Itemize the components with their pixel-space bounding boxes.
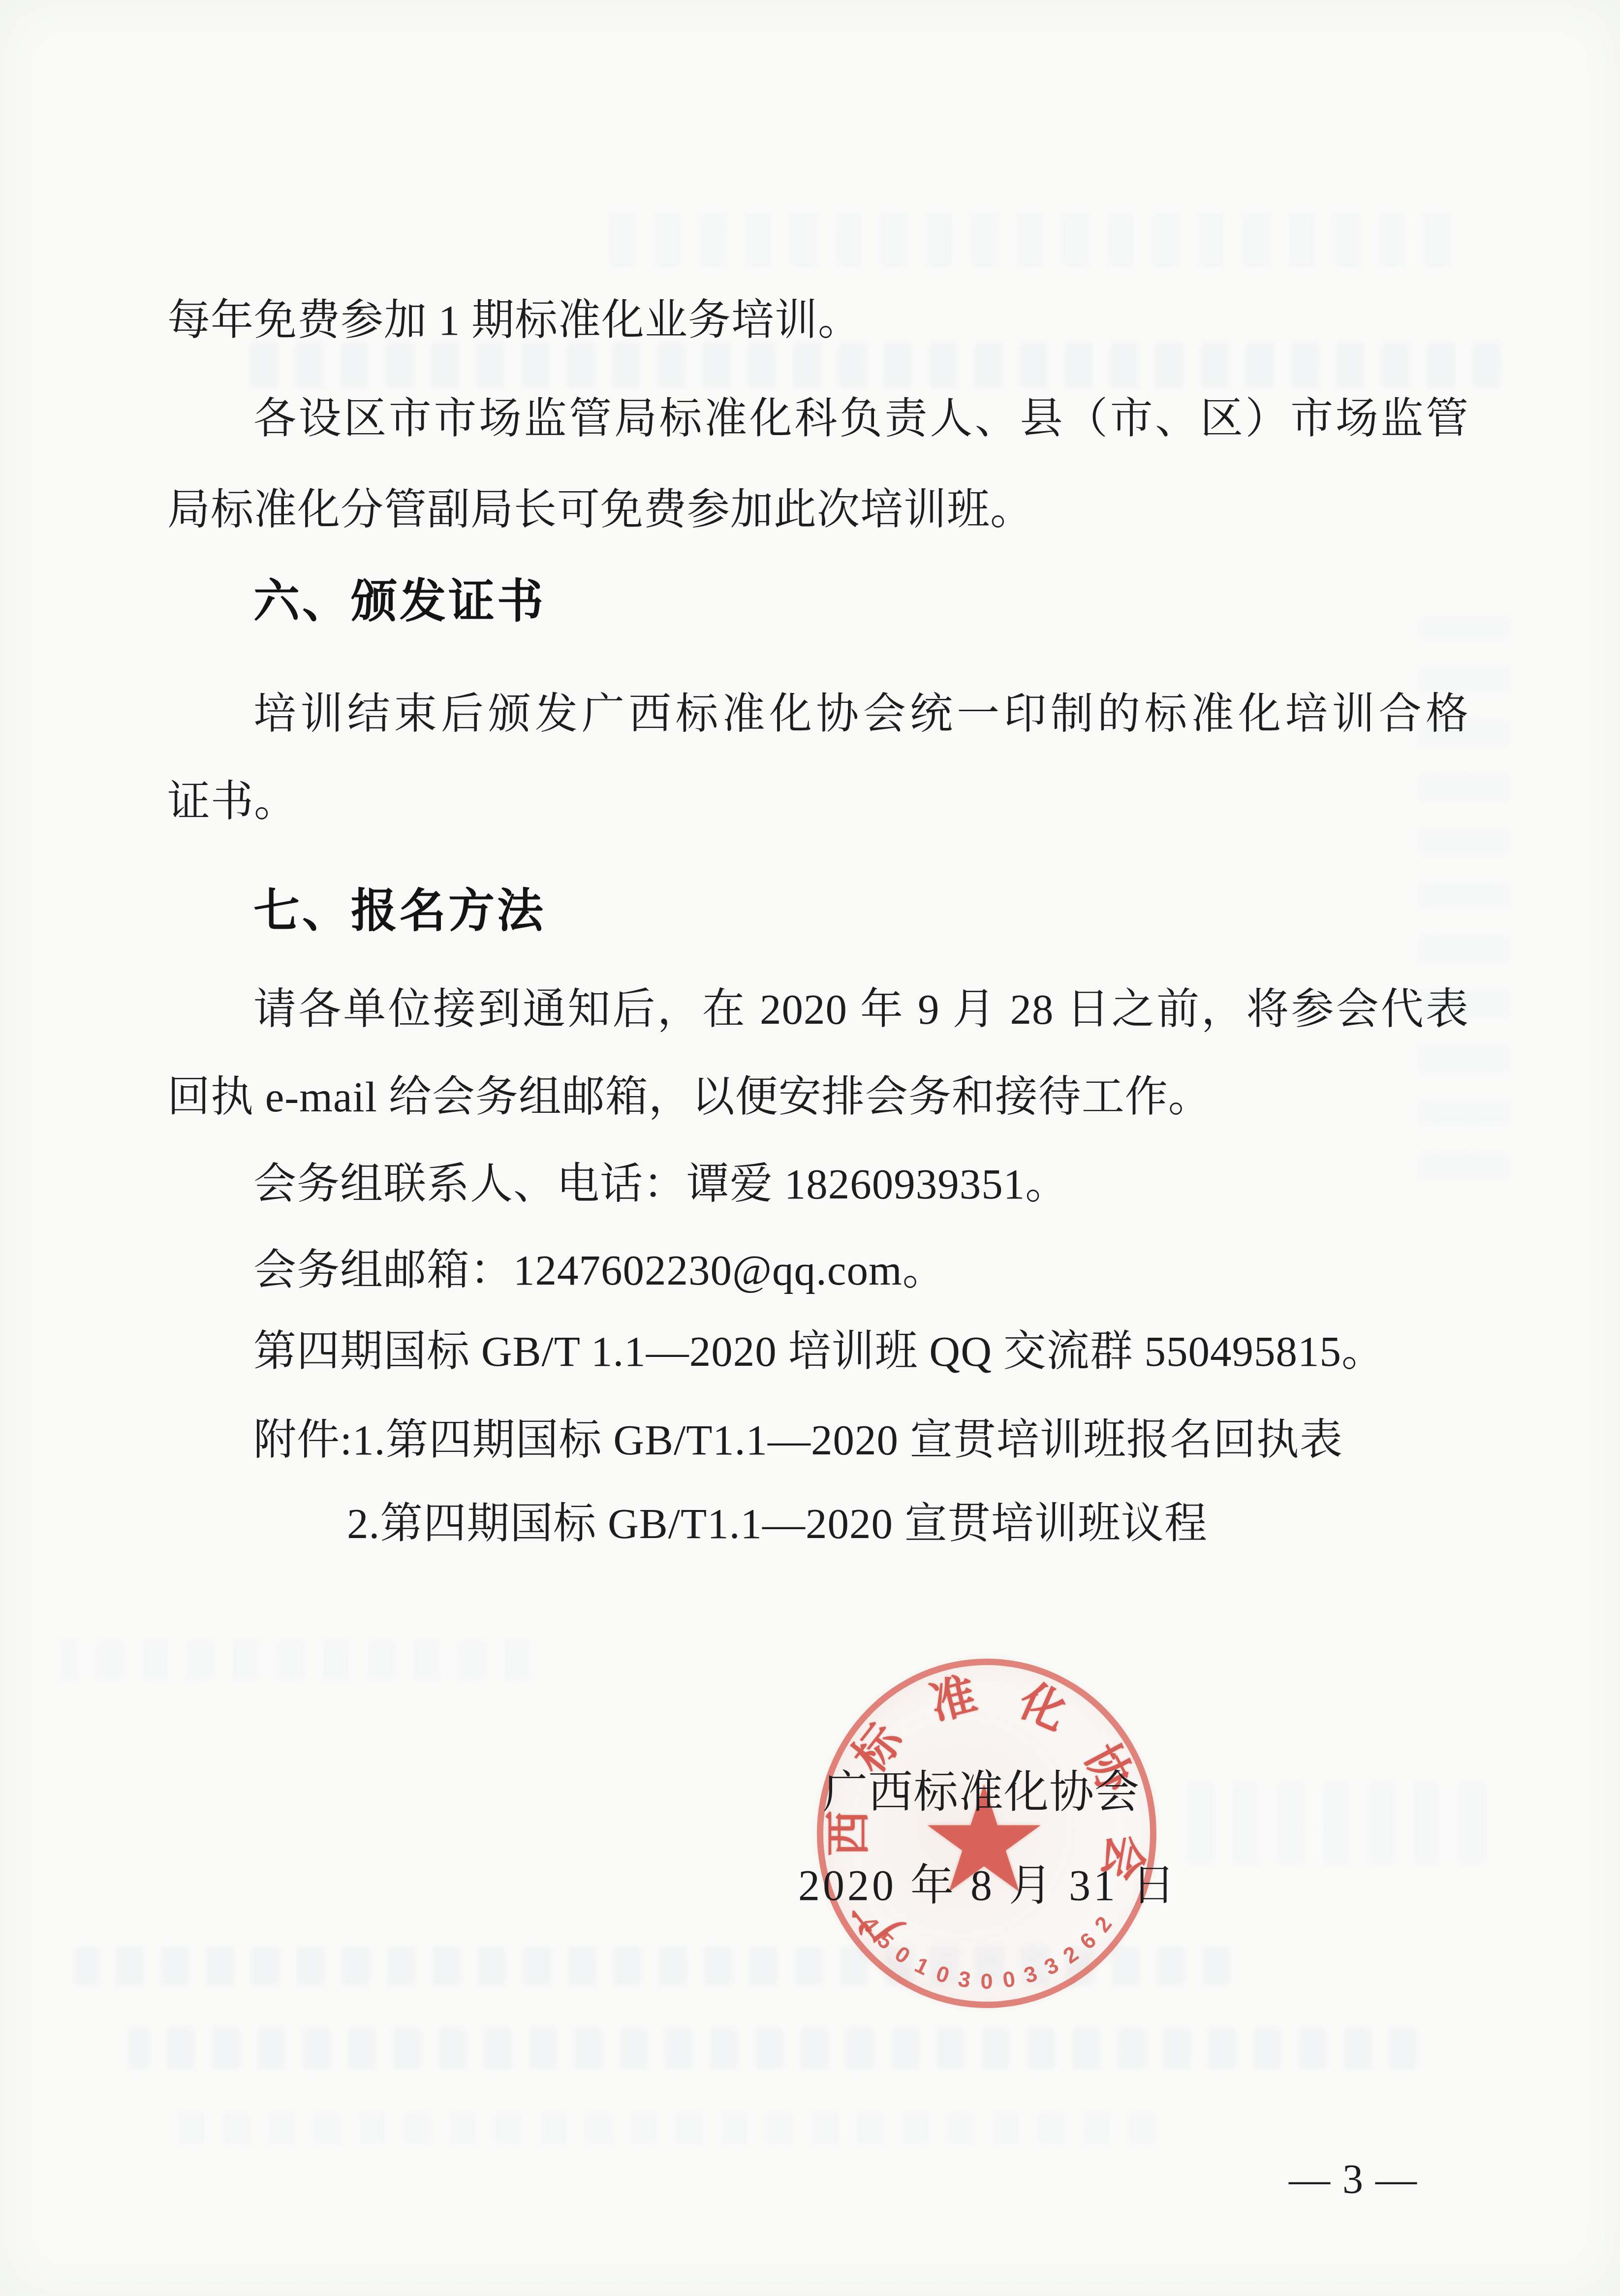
body-line: 证书。 bbox=[167, 777, 297, 827]
body-line: 回执 e-mail 给会务组邮箱，以便安排会务和接待工作。 bbox=[167, 1072, 1212, 1123]
body-line: 会务组邮箱：1247602230@qq.com。 bbox=[253, 1245, 946, 1296]
body-line: 培训结束后颁发广西标准化协会统一印制的标准化培训合格 bbox=[253, 689, 1469, 740]
bleed-through-smudge bbox=[172, 2111, 1156, 2146]
scanned-document-page: 每年免费参加 1 期标准化业务培训。 各设区市市场监管局标准化科负责人、县（市、… bbox=[0, 0, 1620, 2296]
section-heading-7: 七、报名方法 bbox=[253, 884, 546, 939]
body-line: 各设区市市场监管局标准化科负责人、县（市、区）市场监管 bbox=[253, 394, 1469, 444]
bleed-through-smudge bbox=[246, 342, 1501, 389]
signature-organization: 广西标准化协会 bbox=[823, 1756, 1140, 1821]
section-heading-6: 六、颁发证书 bbox=[253, 575, 546, 629]
body-line: 局标准化分管副局长可免费参加此次培训班。 bbox=[167, 485, 1033, 535]
attachment-line-1: 附件:1.第四期国标 GB/T1.1—2020 宣贯培训班报名回执表 bbox=[253, 1415, 1343, 1466]
seal-number-digit: 0 bbox=[980, 1970, 993, 1992]
signature-date: 2020 年 8 月 31 日 bbox=[798, 1851, 1178, 1913]
body-line: 请各单位接到通知后，在 2020 年 9 月 28 日之前，将参会代表 bbox=[253, 984, 1469, 1035]
bleed-through-smudge bbox=[1417, 615, 1511, 1181]
body-line: 每年免费参加 1 期标准化业务培训。 bbox=[167, 295, 861, 346]
official-seal: ★ 广 西 标 准 化 协 会 4 5 0 1 0 3 0 0 3 3 2 6 … bbox=[817, 1659, 1156, 2008]
body-line: 会务组联系人、电话：谭爱 18260939351。 bbox=[253, 1159, 1068, 1210]
bleed-through-smudge bbox=[128, 2028, 1417, 2070]
page-number: — 3 — bbox=[1270, 2156, 1437, 2203]
bleed-through-smudge bbox=[1181, 1782, 1486, 1865]
bleed-through-smudge bbox=[591, 212, 1452, 268]
body-line: 第四期国标 GB/T 1.1—2020 培训班 QQ 交流群 550495815… bbox=[253, 1326, 1385, 1377]
bleed-through-smudge bbox=[59, 1639, 531, 1681]
attachment-line-2: 2.第四期国标 GB/T1.1—2020 宣贯培训班议程 bbox=[347, 1499, 1208, 1549]
